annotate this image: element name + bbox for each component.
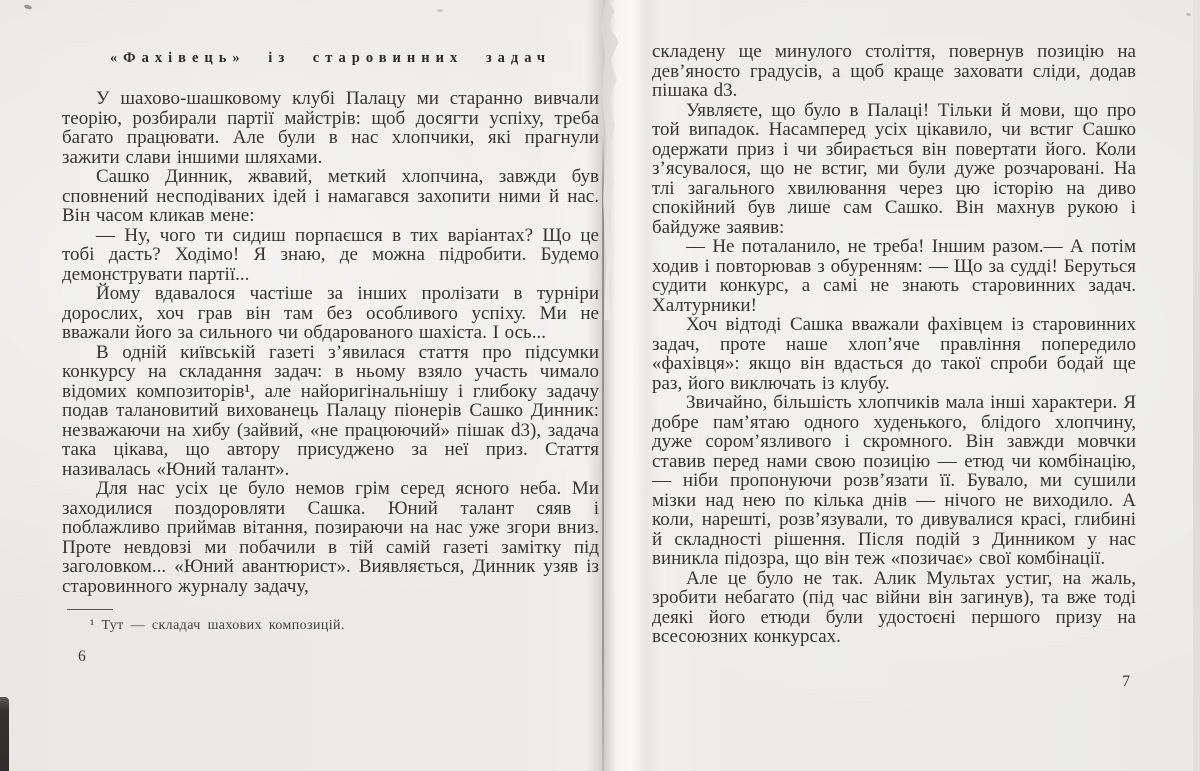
paragraph: Уявляєте, що було в Палаці! Тільки й мов… — [652, 101, 1136, 238]
paragraph: В одній київській газеті з’явилася статт… — [62, 343, 599, 480]
scan-speck — [1186, 13, 1191, 16]
page-number-right: 7 — [652, 673, 1136, 691]
scan-speck — [24, 4, 33, 10]
right-page-body: складену ще минулого століття, повернув … — [652, 42, 1136, 647]
paragraph: Звичайно, більшість хлопчиків мала інші … — [652, 393, 1136, 569]
page-number-left: 6 — [62, 648, 599, 666]
paragraph: — Ну, чого ти сидиш порпаєшся в тих варі… — [62, 226, 599, 285]
paragraph: Але це було не так. Алик Мультах устиг, … — [652, 569, 1136, 647]
footnote-text: ¹ Тут — складач шахових композицій. — [62, 617, 599, 634]
paragraph: Йому вдавалося частіше за інших пролізат… — [62, 284, 599, 343]
paragraph: Для нас усіх це було немов грім серед яс… — [62, 479, 599, 596]
scan-speck — [437, 9, 443, 12]
footnote-divider — [67, 609, 113, 610]
paragraph: У шахово-шашковому клубі Палацу ми стара… — [62, 89, 599, 167]
left-page: «Фахівець» із старовинних задач У шахово… — [62, 50, 599, 666]
paragraph: — Не поталанило, не треба! Іншим разом.—… — [652, 237, 1136, 315]
paragraph: Сашко Динник, жвавий, меткий хлопчина, з… — [62, 167, 599, 226]
book-edge-dark-strip — [0, 697, 9, 771]
chapter-title: «Фахівець» із старовинних задач — [62, 50, 599, 67]
left-page-body: У шахово-шашковому клубі Палацу ми стара… — [62, 89, 599, 596]
paragraph: складену ще минулого століття, повернув … — [652, 42, 1136, 101]
scan-right-edge-shadow — [1193, 0, 1200, 771]
book-spread: «Фахівець» із старовинних задач У шахово… — [0, 0, 1200, 771]
paragraph: Хоч відтоді Сашка вважали фахівцем із ст… — [652, 315, 1136, 393]
right-page: складену ще минулого століття, повернув … — [652, 42, 1136, 691]
